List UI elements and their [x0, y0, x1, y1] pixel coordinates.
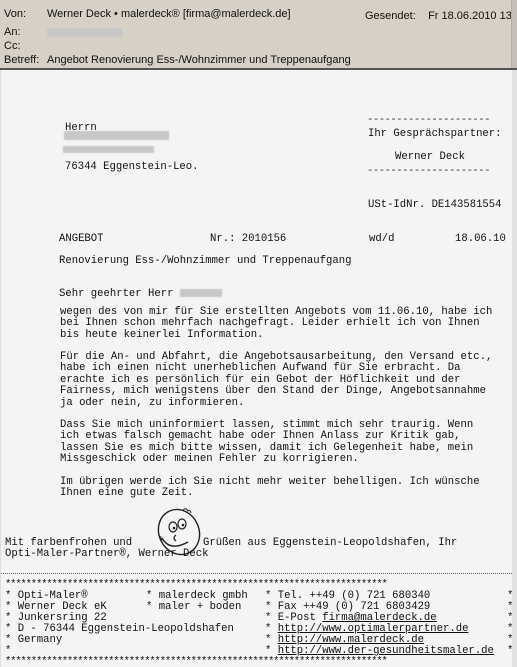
to-value[interactable] — [47, 25, 122, 39]
contact-dashes-bottom: --------------------- — [367, 165, 490, 177]
paragraph-2: Für die An- und Abfahrt, die Angebotsaus… — [60, 352, 512, 409]
message-body: Herrn 76344 Eggenstein-Leo. ------------… — [0, 70, 517, 667]
sent-row: Gesendet: Fr 18.06.2010 13:17 — [365, 10, 517, 22]
sent-value: Fr 18.06.2010 13:17 — [428, 10, 517, 22]
address-name-redacted — [64, 130, 169, 142]
paragraph-1: wegen des von mir für Sie erstellten Ang… — [60, 307, 512, 341]
contact-dashes-top: --------------------- — [367, 114, 490, 126]
paragraph-4: Im übrigen werde ich Sie nicht mehr weit… — [60, 477, 512, 500]
signature-stars-bottom: ****************************************… — [5, 656, 387, 667]
doc-number: Nr.: 2010156 — [210, 233, 286, 245]
address-city: 76344 Eggenstein-Leo. — [65, 161, 199, 173]
to-label: An: — [4, 25, 44, 39]
signature-divider — [1, 573, 512, 574]
header-scrollbar-edge — [511, 0, 517, 68]
closing-part2: Grüßen aus Eggenstein-Leopoldshafen, Ihr — [203, 537, 457, 549]
from-value[interactable]: Werner Deck • malerdeck® [firma@malerdec… — [47, 7, 291, 21]
paragraph-3: Dass Sie mich uninformiert lassen, stimm… — [60, 420, 512, 466]
subject-value: Angebot Renovierung Ess-/Wohnzimmer und … — [47, 53, 351, 67]
contact-name: Werner Deck — [395, 151, 465, 163]
sent-label: Gesendet: — [365, 10, 425, 22]
vat-id: USt-IdNr. DE143581554 — [368, 199, 502, 211]
cc-label: Cc: — [4, 39, 44, 53]
email-header: Von: Werner Deck • malerdeck® [firma@mal… — [0, 0, 517, 70]
contact-label: Ihr Gesprächspartner: — [368, 128, 502, 140]
from-label: Von: — [4, 7, 44, 21]
subject-label: Betreff: — [4, 53, 44, 67]
doc-type: ANGEBOT — [59, 233, 104, 245]
greeting: Sehr geehrter Herr — [59, 288, 222, 300]
address-street-redacted — [63, 144, 154, 156]
doc-ref: wd/d — [369, 233, 394, 245]
letter-subject: Renovierung Ess-/Wohnzimmer und Treppena… — [59, 255, 351, 267]
doc-date: 18.06.10 — [455, 233, 506, 245]
closing-line2: Opti-Maler-Partner®, Werner Deck — [5, 548, 208, 560]
